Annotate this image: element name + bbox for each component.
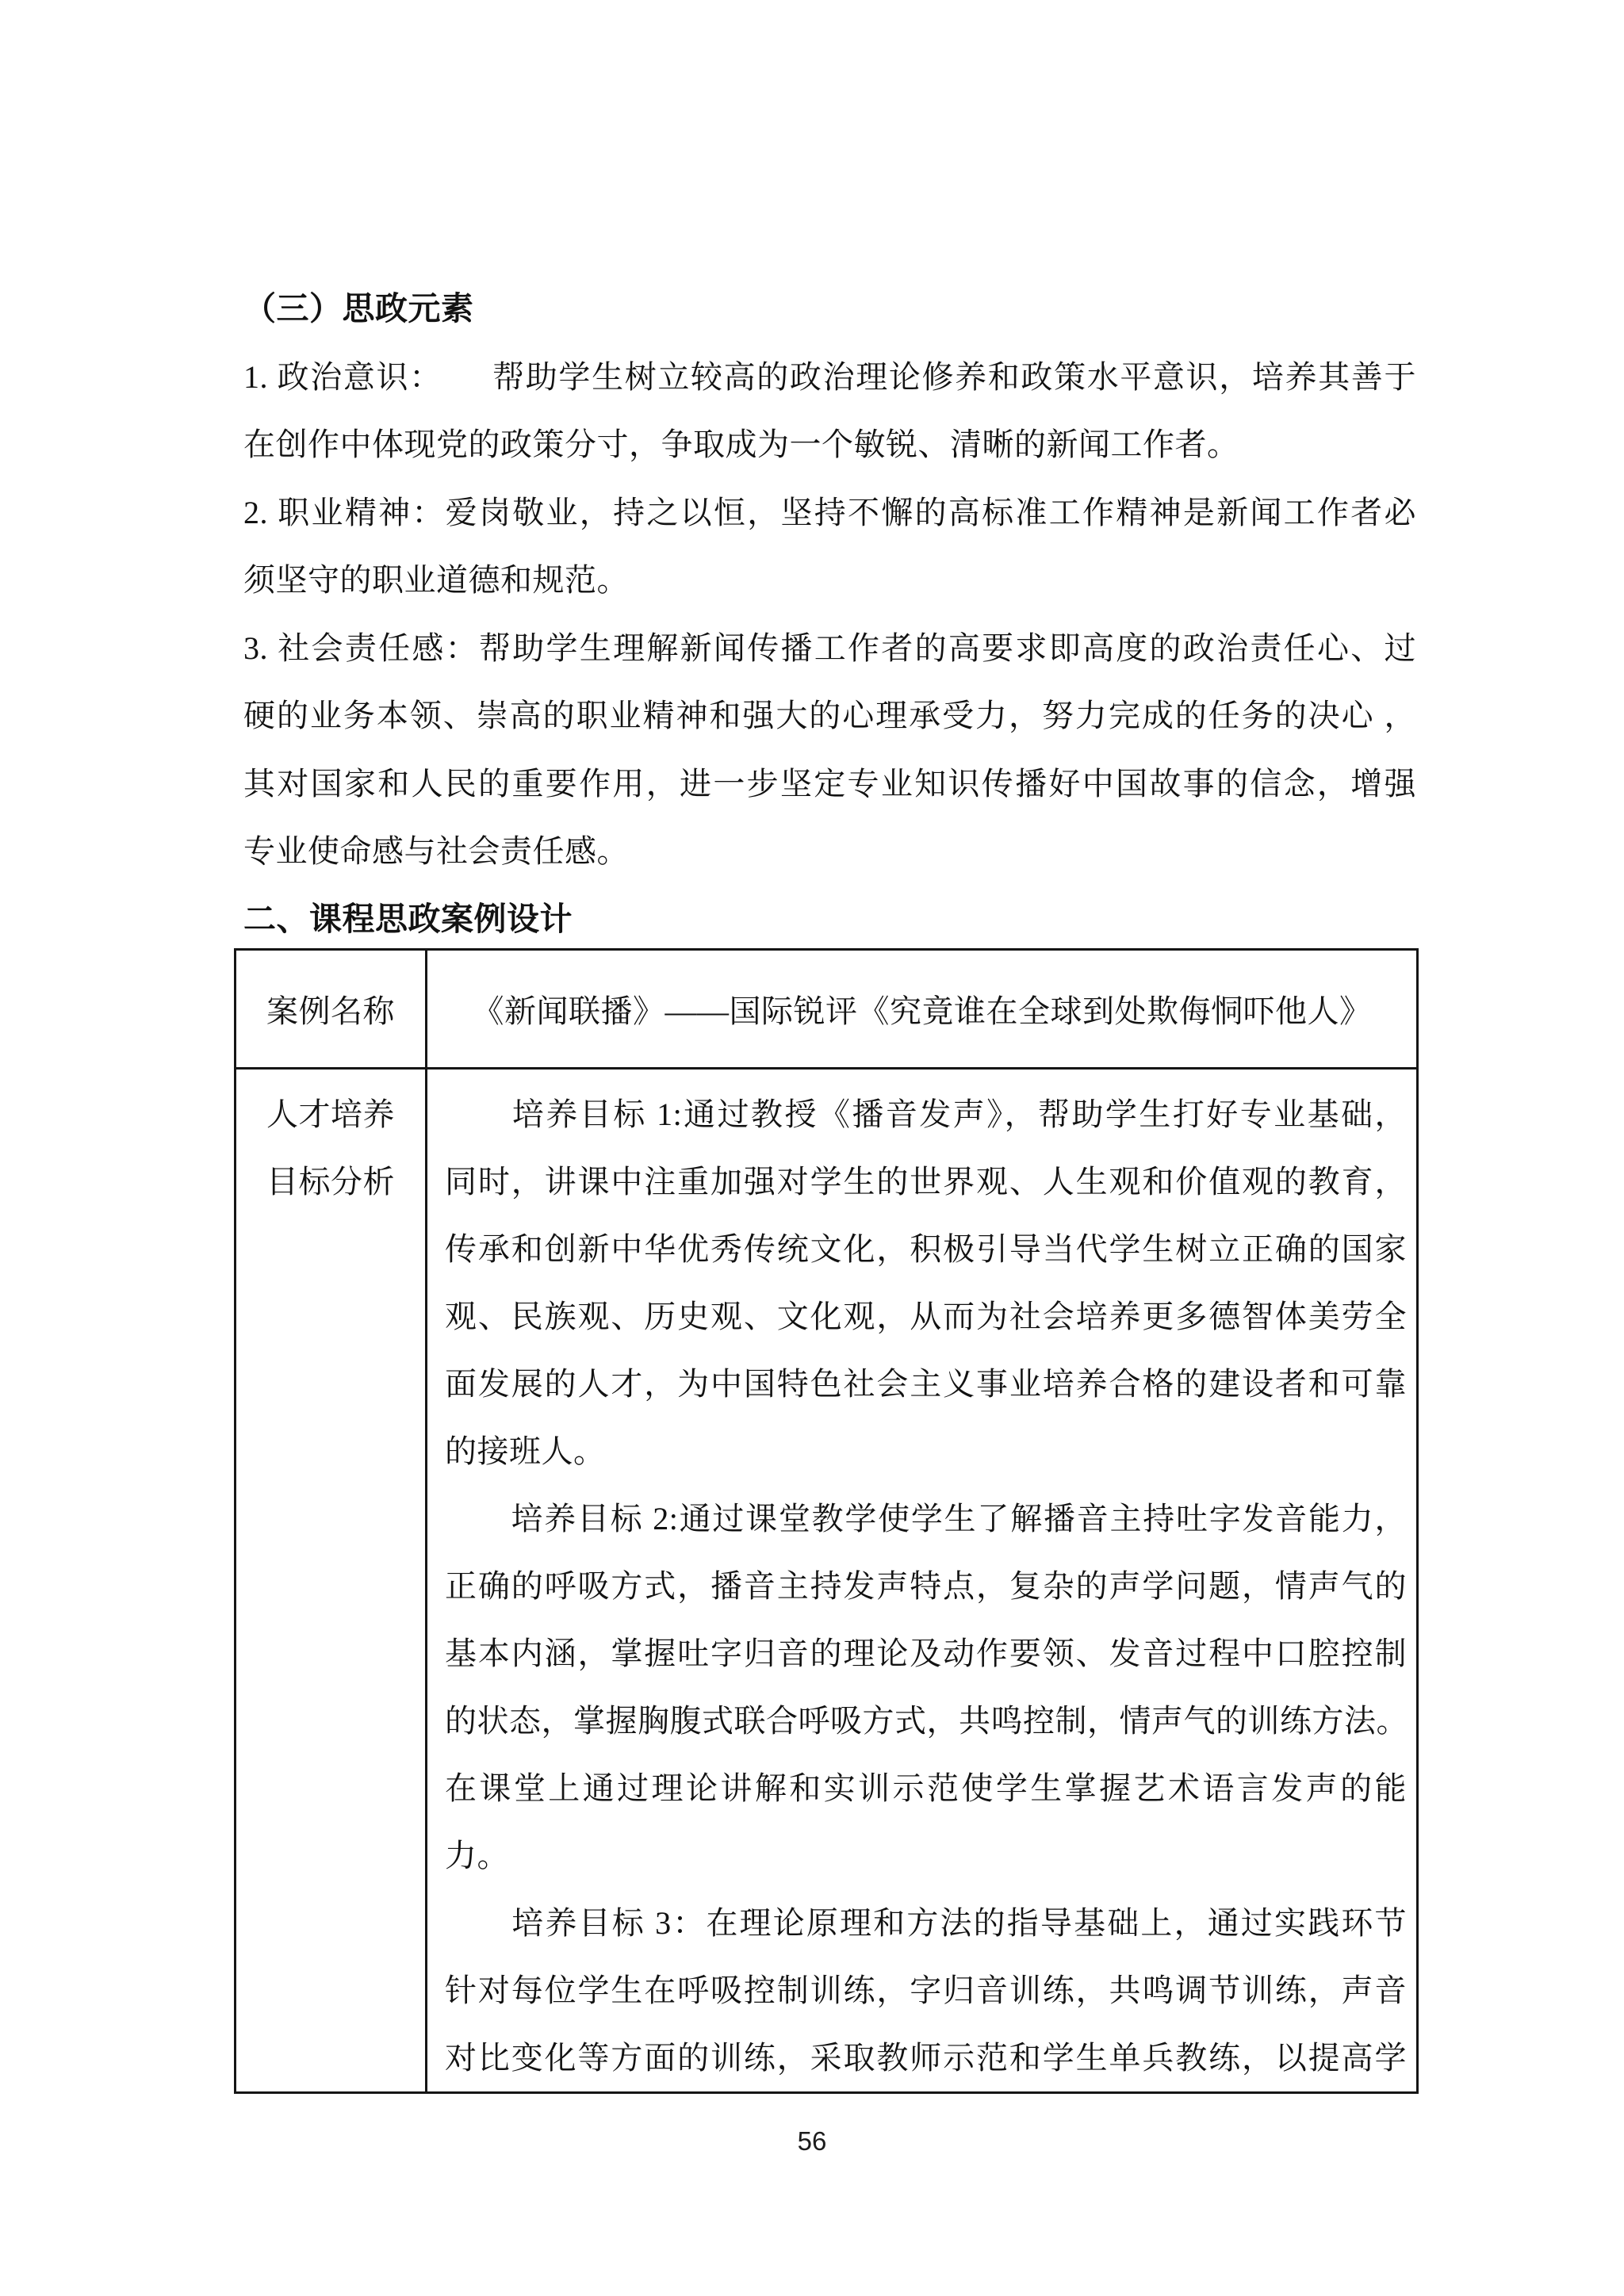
paragraph-line: 2. 职业精神：爱岗敬业，持之以恒，坚持不懈的高标准工作精神是新闻工作者必	[243, 479, 1416, 547]
table-row: 案例名称 《新闻联播》——国际锐评《究竟谁在全球到处欺侮恫吓他人》	[236, 950, 1418, 1069]
talent-goal-label-cell: 人才培养 目标分析	[236, 1069, 427, 2093]
table-content-line: 面发展的人才，为中国特色社会主义事业培养合格的建设者和可靠	[445, 1350, 1407, 1418]
document-page: （三）思政元素 1. 政治意识： 帮助学生树立较高的政治理论修养和政策水平意识，…	[0, 0, 1624, 2296]
table-content-line: 正确的呼吸方式，播音主持发声特点，复杂的声学问题，情声气的	[445, 1552, 1407, 1620]
table-content-line: 培养目标 2:通过课堂教学使学生了解播音主持吐字发音能力，	[445, 1485, 1407, 1552]
paragraph-line: 3. 社会责任感：帮助学生理解新闻传播工作者的高要求即高度的政治责任心、过	[243, 614, 1416, 683]
table-row: 人才培养 目标分析 培养目标 1:通过教授《播音发声》，帮助学生打好专业基础， …	[236, 1069, 1418, 2093]
table-content-line: 的状态，掌握胸腹式联合呼吸方式，共鸣控制，情声气的训练方法。	[445, 1687, 1407, 1755]
table-content-line: 培养目标 1:通过教授《播音发声》，帮助学生打好专业基础，	[445, 1081, 1407, 1148]
table-content-line: 力。	[445, 1822, 1407, 1889]
talent-goal-label-line: 人才培养	[237, 1081, 424, 1148]
table-content-line: 传承和创新中华优秀传统文化，积极引导当代学生树立正确的国家	[445, 1215, 1407, 1283]
paragraph-line: 专业使命感与社会责任感。	[243, 817, 1416, 886]
table-content-line: 基本内涵，掌握吐字归音的理论及动作要领、发音过程中口腔控制	[445, 1620, 1407, 1687]
case-name-label-cell: 案例名称	[236, 950, 427, 1069]
table-content-line: 同时，讲课中注重加强对学生的世界观、人生观和价值观的教育，	[445, 1148, 1407, 1215]
case-name-label: 案例名称	[237, 986, 424, 1031]
table-content-line: 对比变化等方面的训练，采取教师示范和学生单兵教练，以提高学	[445, 2024, 1407, 2091]
paragraph-line: 其对国家和人民的重要作用，进一步坚定专业知识传播好中国故事的信念，增强	[243, 750, 1416, 818]
case-name-value: 《新闻联播》——国际锐评《究竟谁在全球到处欺侮恫吓他人》	[428, 986, 1415, 1031]
document-body: （三）思政元素 1. 政治意识： 帮助学生树立较高的政治理论修养和政策水平意识，…	[243, 275, 1416, 953]
paragraph-line: 1. 政治意识： 帮助学生树立较高的政治理论修养和政策水平意识，培养其善于	[243, 343, 1416, 411]
table-content-line: 针对每位学生在呼吸控制训练，字归音训练，共鸣调节训练，声音	[445, 1957, 1407, 2024]
table-content-line: 培养目标 3：在理论原理和方法的指导基础上，通过实践环节	[445, 1889, 1407, 1957]
talent-goal-label-line: 目标分析	[237, 1148, 424, 1215]
paragraph-line: 硬的业务本领、崇高的职业精神和强大的心理承受力，努力完成的任务的决心 ，	[243, 682, 1416, 750]
case-design-table: 案例名称 《新闻联播》——国际锐评《究竟谁在全球到处欺侮恫吓他人》 人才培养 目…	[234, 948, 1419, 2094]
page-number: 56	[0, 2126, 1624, 2156]
talent-goal-content-cell: 培养目标 1:通过教授《播音发声》，帮助学生打好专业基础， 同时，讲课中注重加强…	[427, 1069, 1418, 2093]
table-heading: 二、课程思政案例设计	[243, 886, 1416, 954]
paragraph-line: 须坚守的职业道德和规范。	[243, 546, 1416, 614]
table-content-line: 观、民族观、历史观、文化观，从而为社会培养更多德智体美劳全	[445, 1283, 1407, 1350]
section-heading: （三）思政元素	[243, 275, 1416, 343]
table-content-line: 在课堂上通过理论讲解和实训示范使学生掌握艺术语言发声的能	[445, 1755, 1407, 1822]
table-content-line: 的接班人。	[445, 1418, 1407, 1485]
paragraph-line: 在创作中体现党的政策分寸，争取成为一个敏锐、清晰的新闻工作者。	[243, 411, 1416, 479]
case-name-value-cell: 《新闻联播》——国际锐评《究竟谁在全球到处欺侮恫吓他人》	[427, 950, 1418, 1069]
